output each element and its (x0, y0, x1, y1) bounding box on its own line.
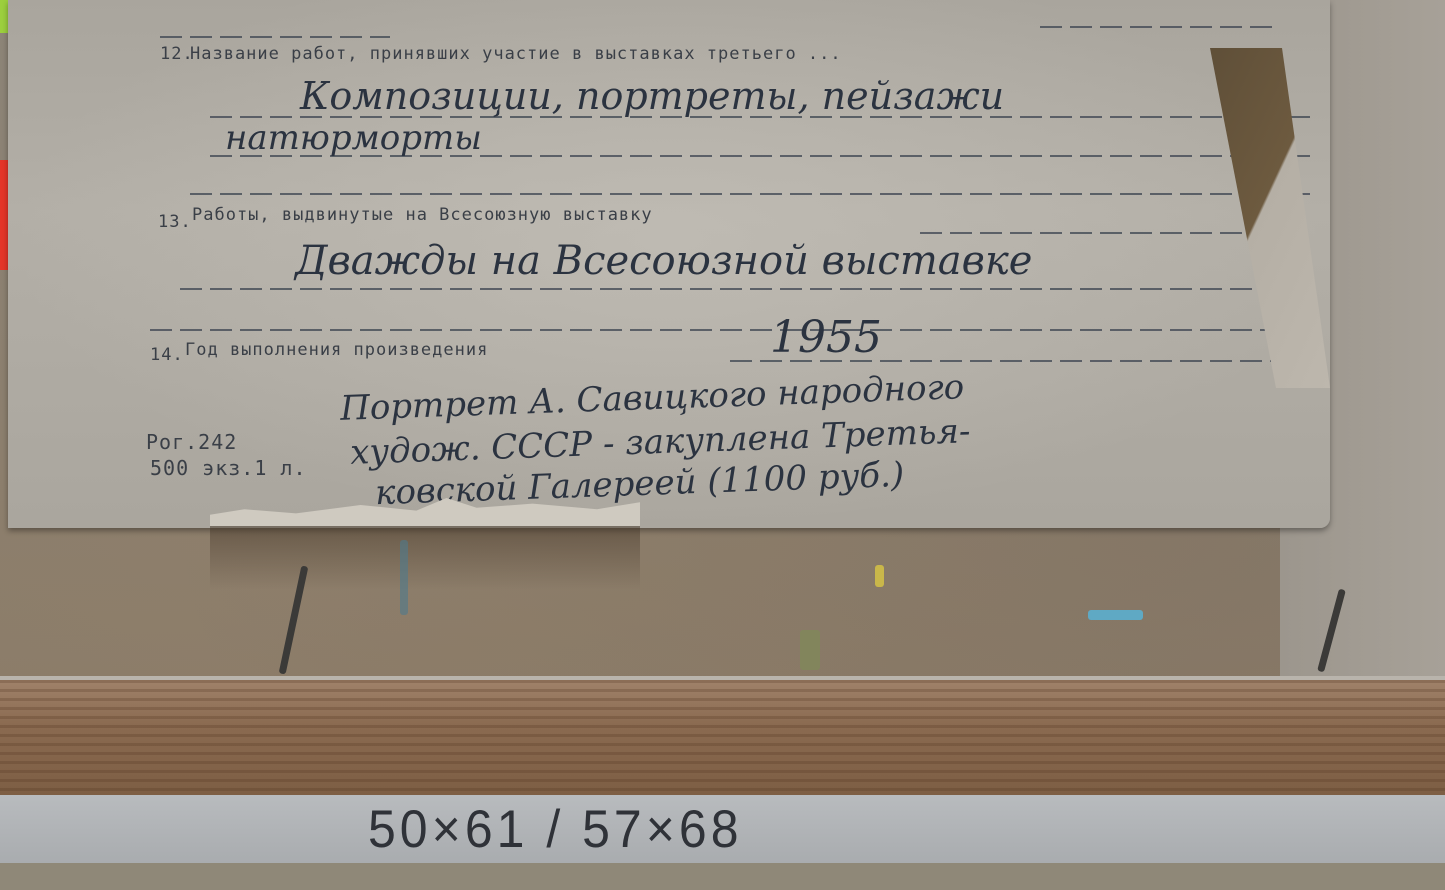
form-line (180, 288, 1310, 290)
bottom-edge (0, 863, 1445, 890)
section-12-handwritten-1: Композиции, портреты, пейзажи (300, 74, 1004, 118)
section-13-typed-text: Работы, выдвинутые на Всесоюзную выставк… (192, 205, 653, 225)
form-line (190, 193, 1310, 195)
section-13-handwritten: Дважды на Всесоюзной выставке (295, 238, 1032, 284)
form-line (160, 36, 390, 38)
frame-dimensions: 50×61 / 57×68 (368, 799, 743, 860)
paint-speck-mixed (800, 630, 820, 670)
section-14-number: 14. (150, 345, 184, 365)
torn-shadow (210, 520, 640, 590)
form-line (1040, 26, 1280, 28)
section-14-typed-text: Год выполнения произведения (185, 340, 488, 360)
section-12-handwritten-2: натюрморты (225, 118, 482, 158)
print-info-line-2: 500 экз.1 л. (150, 456, 307, 480)
paint-speck-blue (400, 540, 408, 615)
section-13-number: 13. (158, 212, 192, 232)
section-12-typed-text: Название работ, принявших участие в выст… (190, 44, 842, 64)
paint-speck-yellow (875, 565, 884, 587)
painting-back-photo: 12. Название работ, принявших участие в … (0, 0, 1445, 890)
form-line (150, 329, 1310, 331)
wooden-stretcher (0, 680, 1445, 795)
section-14-year: 1955 (770, 312, 882, 363)
section-12-number: 12. (160, 44, 194, 64)
print-info-line-1: Рог.242 (146, 430, 237, 454)
paint-speck-cyan (1088, 610, 1143, 620)
